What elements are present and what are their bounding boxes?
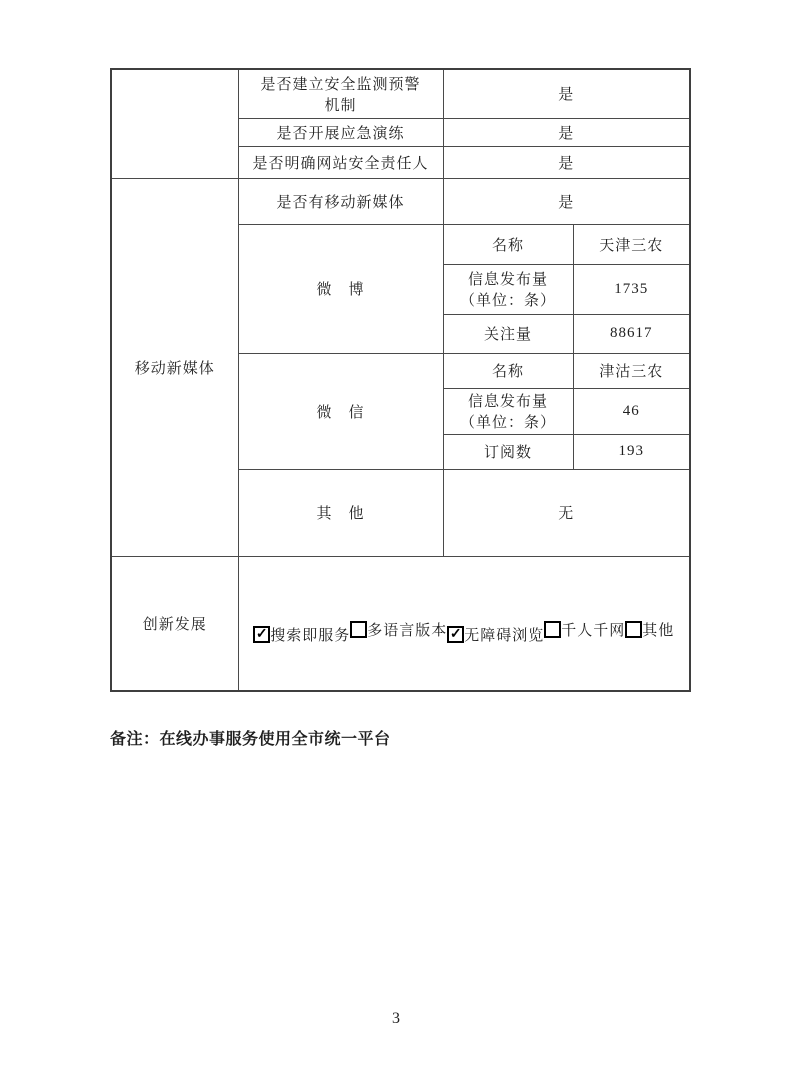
wechat-subscribers-value: 193	[573, 434, 690, 469]
wechat-name-value: 津沽三农	[573, 353, 690, 388]
option-label: 千人千网	[561, 619, 625, 640]
option-label: 搜索即服务	[270, 624, 350, 645]
option-search-service: ✓搜索即服务	[253, 624, 350, 645]
security-row-label: 是否建立安全监测预警 机制	[238, 69, 443, 118]
weibo-posts-value: 1735	[573, 264, 690, 314]
checkbox-checked-icon: ✓	[253, 626, 270, 643]
checkbox-unchecked-icon	[350, 621, 367, 638]
option-label: 多语言版本	[367, 619, 447, 640]
mobile-media-section-header: 移动新媒体	[111, 178, 238, 556]
wechat-posts-label: 信息发布量 （单位：条）	[443, 388, 573, 434]
option-multilingual: 多语言版本	[350, 619, 447, 640]
weibo-name-label: 名称	[443, 224, 573, 264]
weibo-posts-label: 信息发布量 （单位：条）	[443, 264, 573, 314]
security-row-label: 是否开展应急演练	[238, 118, 443, 146]
page-number: 3	[0, 1010, 792, 1028]
wechat-name-label: 名称	[443, 353, 573, 388]
innovation-options-cell: ✓搜索即服务多语言版本✓无障碍浏览千人千网其他	[238, 556, 690, 691]
report-table: 是否建立安全监测预警 机制 是 是否开展应急演练 是 是否明确网站安全责任人 是…	[110, 68, 691, 692]
security-row-value: 是	[443, 146, 690, 178]
wechat-subscribers-label: 订阅数	[443, 434, 573, 469]
has-mobile-value: 是	[443, 178, 690, 224]
wechat-header: 微 信	[238, 353, 443, 469]
document-page: 是否建立安全监测预警 机制 是 是否开展应急演练 是 是否明确网站安全责任人 是…	[0, 0, 792, 1076]
weibo-name-value: 天津三农	[573, 224, 690, 264]
has-mobile-label: 是否有移动新媒体	[238, 178, 443, 224]
option-label: 其他	[642, 619, 674, 640]
checkbox-unchecked-icon	[544, 621, 561, 638]
weibo-followers-value: 88617	[573, 314, 690, 353]
security-row-value: 是	[443, 118, 690, 146]
other-media-label: 其 他	[238, 469, 443, 556]
option-qianren-qianwang: 千人千网	[544, 619, 625, 640]
weibo-header: 微 博	[238, 224, 443, 353]
option-other: 其他	[625, 619, 674, 640]
innovation-section-header: 创新发展	[111, 556, 238, 691]
security-section-header-cell	[111, 69, 238, 178]
remark-note: 备注：在线办事服务使用全市统一平台	[110, 726, 391, 749]
checkbox-unchecked-icon	[625, 621, 642, 638]
weibo-followers-label: 关注量	[443, 314, 573, 353]
wechat-posts-value: 46	[573, 388, 690, 434]
checkbox-checked-icon: ✓	[447, 626, 464, 643]
security-row-value: 是	[443, 69, 690, 118]
other-media-value: 无	[443, 469, 690, 556]
option-accessibility: ✓无障碍浏览	[447, 624, 544, 645]
option-label: 无障碍浏览	[464, 624, 544, 645]
security-row-label: 是否明确网站安全责任人	[238, 146, 443, 178]
